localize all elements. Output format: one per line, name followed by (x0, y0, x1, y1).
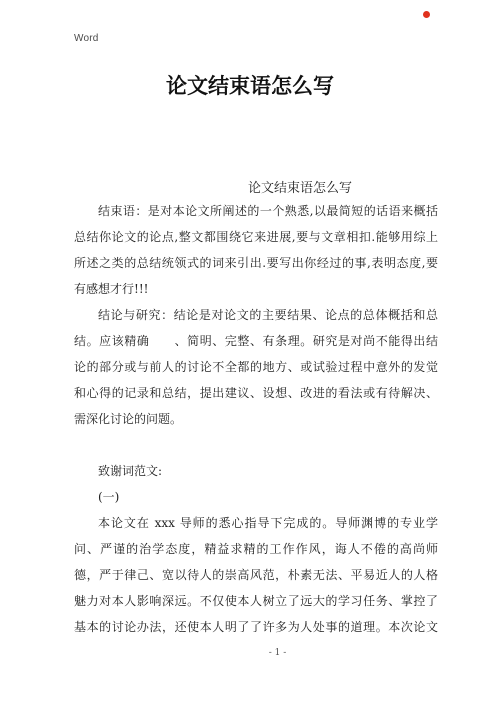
paragraph-conclusion-research: 结论与研究：结论是对论文的主要结果、论点的总体概括和总 结。应该精确 、简明、完… (74, 302, 438, 432)
paragraph-list-marker: (一) (74, 484, 438, 510)
body-line: 致谢词范文: (74, 458, 438, 484)
body-line: 需深化讨论的问题。 (74, 406, 438, 432)
body-line: 结论与研究：结论是对论文的主要结果、论点的总体概括和总 (74, 302, 438, 328)
body-line: 本论文在 xxx 导师的悉心指导下完成的。导师渊博的专业学 (74, 510, 438, 536)
body-line: 有感想才行!!! (74, 276, 438, 302)
document-page: Word 论文结束语怎么写 论文结束语怎么写 结束语：是对本论文所阐述的一个熟悉… (0, 0, 500, 707)
paragraph-acknowledgement-body: 本论文在 xxx 导师的悉心指导下完成的。导师渊博的专业学 问、严谨的治学态度，… (74, 510, 438, 640)
section-heading: 论文结束语怎么写 (100, 177, 500, 196)
body-line: (一) (74, 484, 438, 510)
body-line: 结。应该精确 、简明、完整、有条理。研究是对尚不能得出结 (74, 328, 438, 354)
body-line: 问、严谨的治学态度，精益求精的工作作风，诲人不倦的高尚师 (74, 536, 438, 562)
document-body: 结束语：是对本论文所阐述的一个熟悉,以最简短的话语来概括 总结你论文的论点,整文… (74, 198, 438, 640)
body-line: 德，严于律己、宽以待人的崇高风范，朴素无法、平易近人的人格 (74, 562, 438, 588)
body-line: 论的部分或与前人的讨论不全都的地方、或试验过程中意外的发觉 (74, 354, 438, 380)
body-line: 总结你论文的论点,整文都围绕它来进展,要与文章相扣.能够用综上 (74, 224, 438, 250)
document-title: 论文结束语怎么写 (0, 70, 500, 100)
paragraph-conclusion-intro: 结束语：是对本论文所阐述的一个熟悉,以最简短的话语来概括 总结你论文的论点,整文… (74, 198, 438, 302)
page-number: - 1 - (55, 648, 500, 658)
body-line: 所述之类的总结统领式的词来引出.要写出你经过的事,表明态度,要 (74, 250, 438, 276)
notification-dot (423, 11, 430, 18)
word-app-label: Word (74, 33, 99, 44)
body-line: 和心得的记录和总结，提出建议、设想、改进的看法或有待解决、 (74, 380, 438, 406)
body-line: 魅力对本人影响深远。不仅使本人树立了远大的学习任务、掌控了 (74, 588, 438, 614)
paragraph-acknowledgement-heading: 致谢词范文: (74, 458, 438, 484)
body-line: 基本的讨论办法，还使本人明了了许多为人处事的道理。本次论文 (74, 614, 438, 640)
body-line: 结束语：是对本论文所阐述的一个熟悉,以最简短的话语来概括 (74, 198, 438, 224)
